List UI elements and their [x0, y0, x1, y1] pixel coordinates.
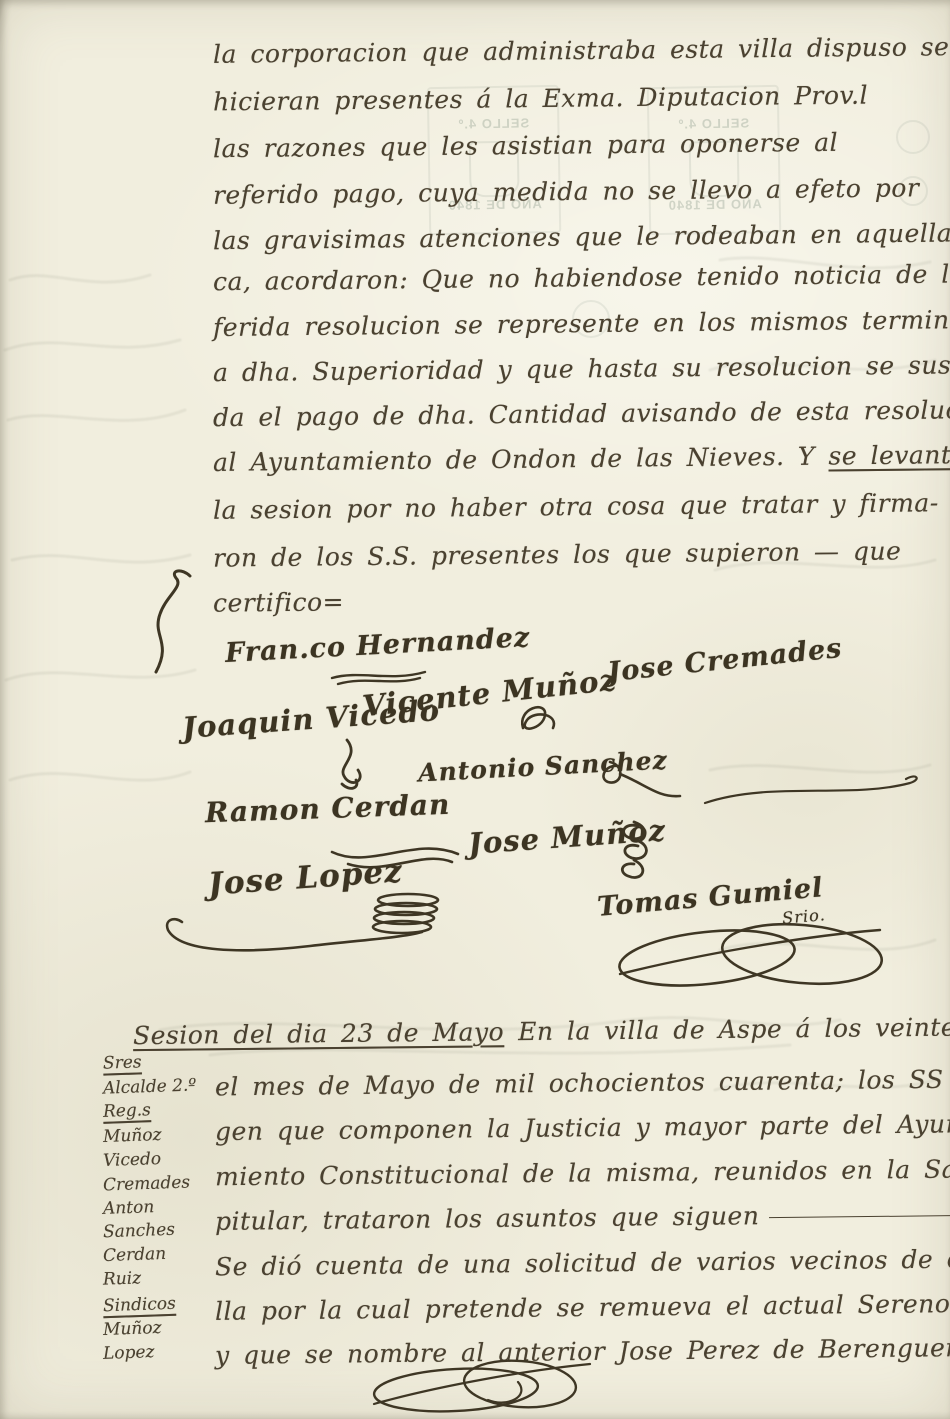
manuscript-line: las razones que les asistian para oponer… — [213, 128, 838, 164]
session-heading-rest: En la villa de Aspe á los veinte y tres … — [518, 1011, 950, 1046]
pen-stroke-flourish — [700, 775, 930, 810]
signature-jose-munoz: Jose Muñoz — [467, 813, 667, 861]
manuscript-line: el mes de Mayo de mil ochocientos cuaren… — [215, 1064, 950, 1102]
signature-ramon-cerdan: Ramon Cerdan — [204, 788, 450, 830]
manuscript-line: gen que componen la Justicia y mayor par… — [215, 1109, 950, 1146]
line-text: al Ayuntamiento de Ondon de las Nieves. … — [213, 442, 829, 477]
manuscript-line: pitular, trataron los asuntos que siguen — [215, 1199, 950, 1236]
manuscript-line: hicieran presentes á la Exma. Diputacion… — [213, 81, 868, 117]
signature-text: Jose Cremades — [606, 633, 844, 688]
manuscript-line: la corporacion que administraba esta vil… — [213, 32, 950, 69]
signature-antonio-sanchez: Antonio Sanchez — [417, 745, 668, 787]
manuscript-line: a dha. Superioridad y que hasta su resol… — [213, 350, 950, 387]
margin-header-sindicos: Sindicos — [103, 1294, 176, 1317]
signature-jose-lopez: Jose Lopez — [207, 853, 404, 903]
manuscript-line: da el pago de dha. Cantidad avisando de … — [213, 395, 950, 432]
manuscript-line: referido pago, cuya medida no se llevo a… — [213, 173, 920, 209]
margin-item-ruiz: Ruiz — [103, 1268, 142, 1289]
line-text: pitular, trataron los asuntos que siguen — [215, 1201, 760, 1236]
bleedthrough-marks — [0, 260, 200, 860]
session-heading: Sesion del dia 23 de MayoEn la villa de … — [133, 1011, 950, 1050]
margin-item-alcalde: Alcalde 2.º — [103, 1075, 197, 1098]
signature-francisco-hernandez: Fran.co Hernandez — [224, 622, 531, 669]
margin-item-munoz2: Muñoz — [103, 1318, 162, 1340]
signature-text: Ramon Cerdan — [204, 788, 450, 830]
manuscript-line: al Ayuntamiento de Ondon de las Nieves. … — [213, 440, 950, 477]
stamp-text-line1: SELLO 4.º — [429, 115, 557, 132]
signature-text: Joaquin Vicedo — [181, 693, 441, 745]
manuscript-line: ferida resolucion se represente en los m… — [213, 305, 950, 342]
signature-joaquin-vicedo: Joaquin Vicedo — [181, 693, 441, 745]
signature-text: Antonio Sanchez — [417, 745, 668, 787]
manuscript-page: SELLO 4.º AÑO DE 1840 SELLO 4.º AÑO DE 1… — [0, 0, 950, 1419]
margin-item-cremades: Cremades — [103, 1172, 191, 1195]
certify-swash-flourish — [138, 568, 208, 683]
manuscript-line: ca, acordaron: Que no habiendose tenido … — [213, 259, 950, 296]
signature-jose-cremades: Jose Cremades — [606, 633, 844, 688]
manuscript-line: Se dió cuenta de una solicitud de varios… — [215, 1244, 950, 1282]
signature-text: Jose Lopez — [207, 853, 404, 903]
underlined-phrase: se levantó — [828, 440, 950, 470]
manuscript-line: la sesion por no haber otra cosa que tra… — [213, 488, 939, 525]
manuscript-line: y que se nombre al anterior Jose Perez d… — [215, 1333, 950, 1370]
manuscript-line: las gravisimas atenciones que le rodeaba… — [213, 218, 950, 255]
signature-text: Fran.co Hernandez — [224, 622, 531, 669]
margin-header-regidores: Reg.s — [103, 1100, 152, 1122]
margin-item-munoz: Muñoz — [103, 1125, 162, 1147]
signature-tomas-gumiel: Tomas Gumiel Srio. — [596, 872, 826, 944]
manuscript-line: ron de los S.S. presentes los que supier… — [213, 536, 902, 572]
margin-item-cerdan: Cerdan — [103, 1244, 167, 1266]
stamp-rosette-icon — [896, 120, 930, 154]
session-heading-underlined: Sesion del dia 23 de Mayo — [133, 1017, 504, 1050]
manuscript-line: certifico= — [213, 587, 344, 617]
margin-item-sanches: Sanches — [103, 1220, 176, 1243]
manuscript-line: miento Constitucional de la misma, reuni… — [215, 1154, 950, 1192]
margin-item-lopez: Lopez — [103, 1342, 155, 1364]
margin-item-vicedo: Vicedo — [103, 1149, 162, 1171]
filler-line — [769, 1215, 950, 1218]
margin-header-sres: Sres — [103, 1052, 142, 1073]
vicedo-rubric-flourish — [330, 738, 375, 793]
signature-text: Jose Muñoz — [467, 813, 667, 861]
margin-item-anton: Anton — [103, 1197, 155, 1219]
manuscript-line: lla por la cual pretende se remueva el a… — [215, 1289, 950, 1326]
